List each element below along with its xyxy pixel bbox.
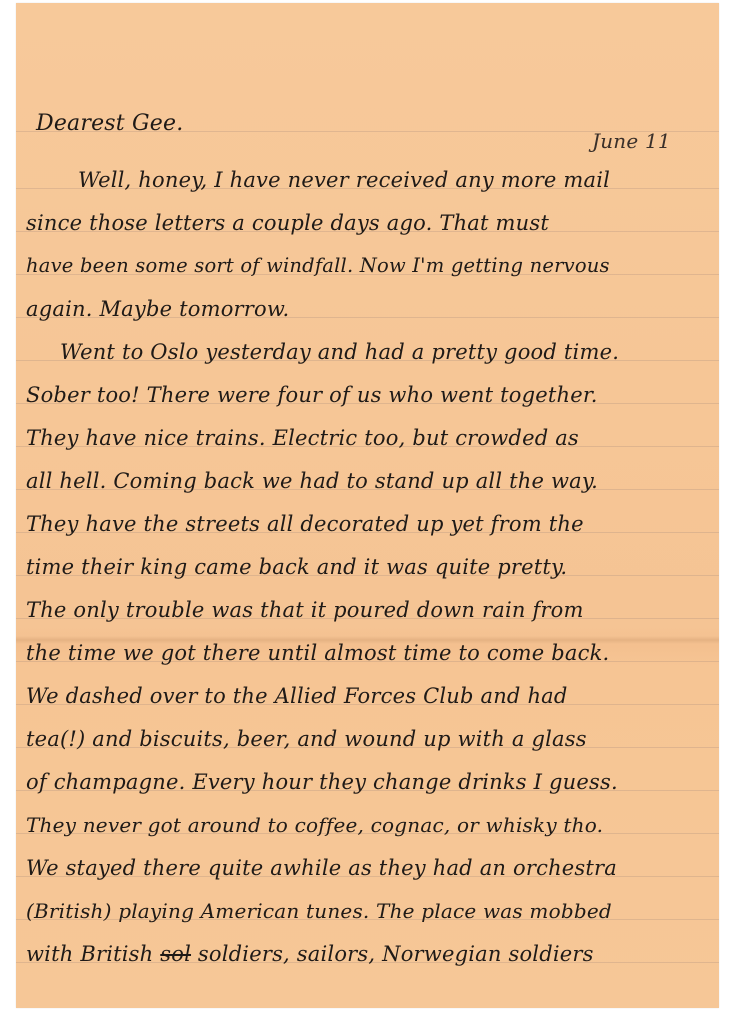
- letter-line: The only trouble was that it poured down…: [26, 598, 584, 622]
- struck-word: sol: [160, 942, 191, 966]
- letter-line: We stayed there quite awhile as they had…: [26, 856, 617, 880]
- letter-line: all hell. Coming back we had to stand up…: [26, 469, 598, 493]
- letter-line: (British) playing American tunes. The pl…: [26, 899, 612, 923]
- letter-line-last: with British sol soldiers, sailors, Norw…: [26, 942, 594, 966]
- letter-line: of champagne. Every hour they change dri…: [26, 770, 618, 794]
- letter-line: We dashed over to the Allied Forces Club…: [26, 684, 568, 708]
- letter-line: tea(!) and biscuits, beer, and wound up …: [26, 727, 587, 751]
- letter-line-start: with British: [26, 942, 153, 966]
- letter-line: the time we got there until almost time …: [26, 641, 609, 665]
- letter-page: Dearest Gee. June 11 Well, honey, I have…: [16, 3, 719, 1008]
- letter-line: Went to Oslo yesterday and had a pretty …: [60, 340, 619, 364]
- letter-line-end: soldiers, sailors, Norwegian soldiers: [198, 942, 594, 966]
- letter-line: Well, honey, I have never received any m…: [78, 168, 610, 192]
- letter-line: They never got around to coffee, cognac,…: [26, 813, 603, 837]
- letter-line: They have the streets all decorated up y…: [26, 512, 584, 536]
- letter-line: again. Maybe tomorrow.: [26, 297, 289, 321]
- letter-line: They have nice trains. Electric too, but…: [26, 426, 579, 450]
- letter-date: June 11: [592, 129, 671, 153]
- greeting: Dearest Gee.: [36, 111, 183, 136]
- letter-line: time their king came back and it was qui…: [26, 555, 567, 579]
- letter-line: have been some sort of windfall. Now I'm…: [26, 254, 610, 277]
- letter-line: Sober too! There were four of us who wen…: [26, 383, 598, 407]
- letter-line: since those letters a couple days ago. T…: [26, 211, 549, 235]
